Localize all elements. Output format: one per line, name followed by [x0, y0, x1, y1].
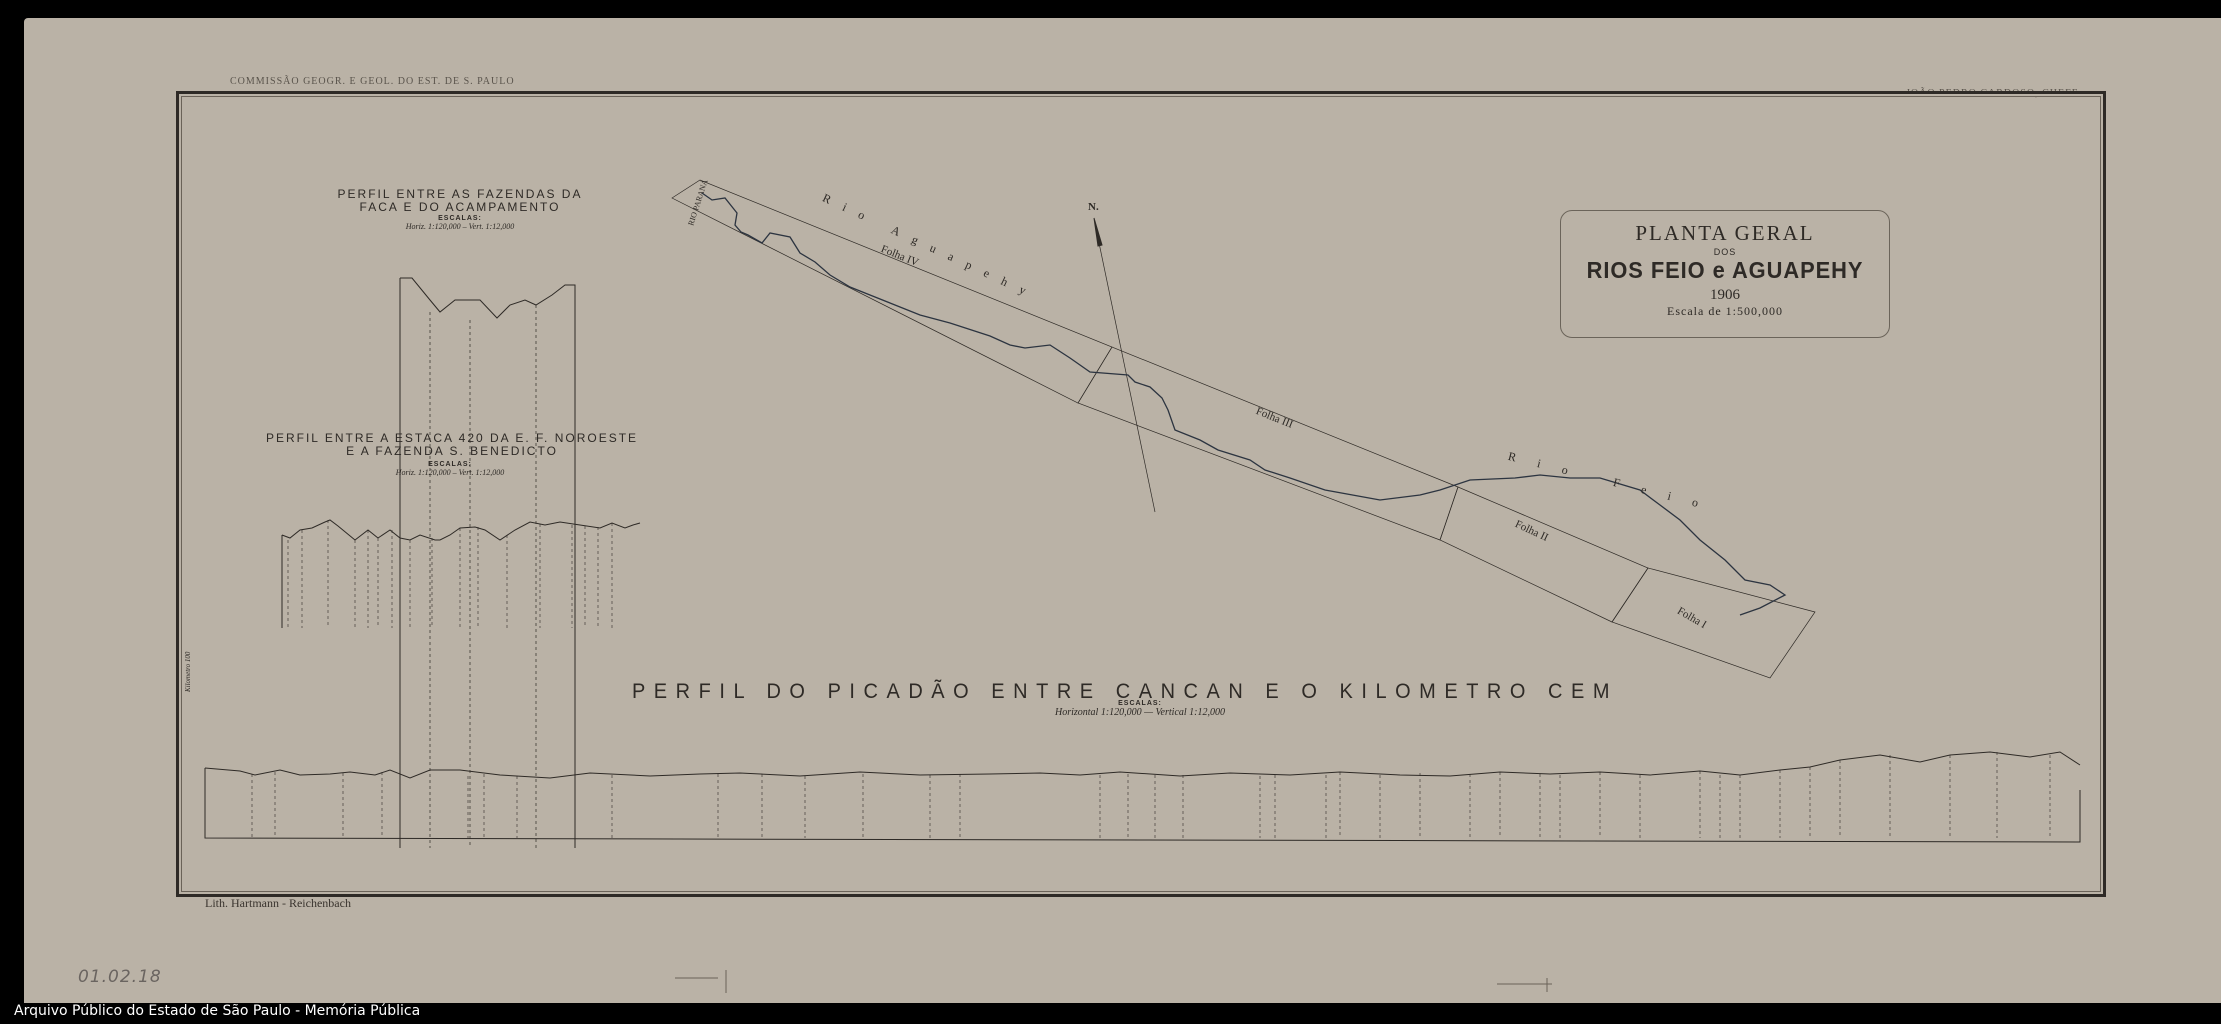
map-drawing [0, 0, 2221, 1024]
north-arrow [1094, 218, 1155, 512]
rivers [702, 193, 1785, 615]
main-profile-graph [205, 752, 2080, 842]
profile-1-graph [400, 278, 575, 848]
main-profile-start-label: Kilometro 100 [184, 652, 192, 692]
north-label: N. [1088, 201, 1099, 213]
crop-marks [675, 970, 1552, 993]
profile-2-graph [282, 520, 640, 628]
sheet-outlines [672, 180, 1815, 678]
lithographer-credit: Lith. Hartmann - Reichenbach [205, 896, 351, 911]
handwritten-id: 01.02.18 [78, 967, 162, 987]
archive-credit: Arquivo Público do Estado de São Paulo -… [14, 1003, 420, 1019]
